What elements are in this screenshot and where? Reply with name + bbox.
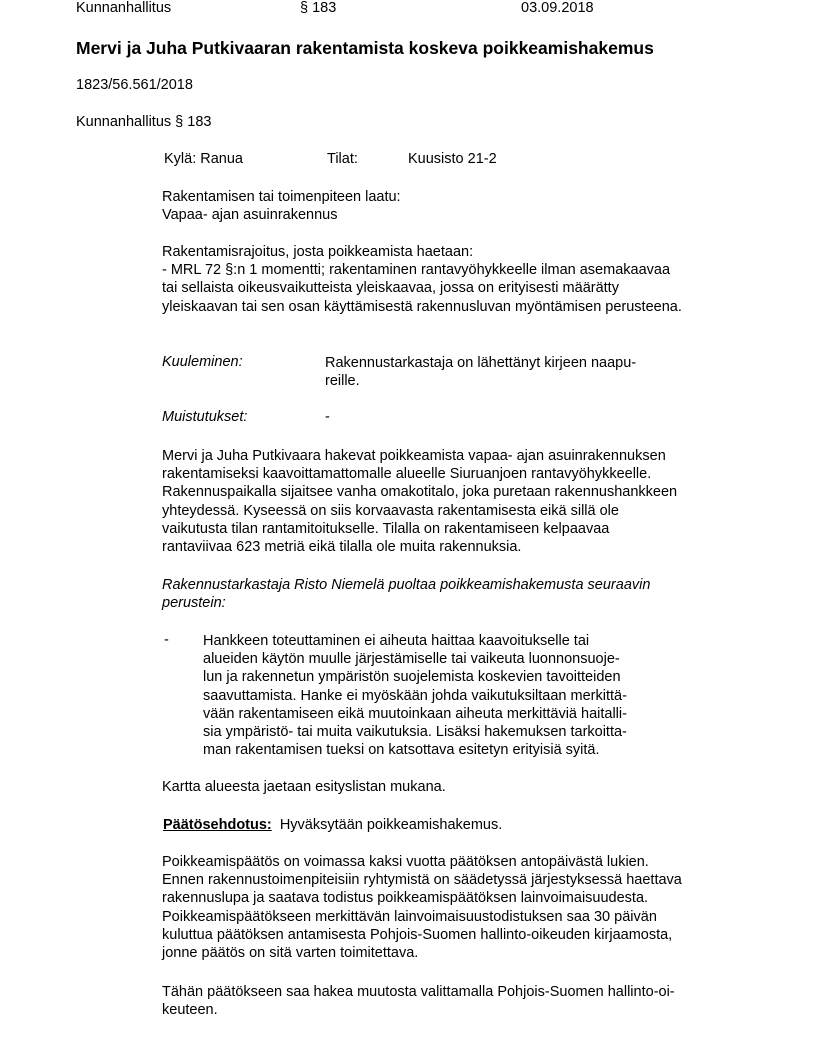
grounds: Hankkeen toteuttaminen ei aiheuta haitta…	[203, 632, 627, 759]
inspector-statement: Rakennustarkastaja Risto Niemelä puoltaa…	[162, 576, 650, 612]
grounds-line: Hankkeen toteuttaminen ei aiheuta haitta…	[203, 632, 627, 650]
construction-type: Rakentamisen tai toimenpiteen laatu: Vap…	[162, 188, 401, 224]
validity-line: Ennen rakennustoimenpiteisiin ryhtymistä…	[162, 871, 682, 889]
hearing-line: reille.	[325, 372, 636, 390]
description-line: Mervi ja Juha Putkivaara hakevat poikkea…	[162, 447, 677, 465]
hearing-line: Rakennustarkastaja on lähettänyt kirjeen…	[325, 354, 636, 372]
record-number: 1823/56.561/2018	[76, 77, 193, 93]
validity-line: kuluttua päätöksen antamisesta Pohjois-S…	[162, 926, 682, 944]
grounds-line: saavuttamista. Hanke ei myöskään johda v…	[203, 687, 627, 705]
grounds-line: vään rakentamiseen eikä muutoinkaan aihe…	[203, 705, 627, 723]
grounds-line: man rakentamisen tueksi on katsottava es…	[203, 741, 627, 759]
restriction-line: yleiskaavan tai sen osan käyttämisestä r…	[162, 298, 682, 316]
restriction-label: Rakentamisrajoitus, josta poikkeamista h…	[162, 243, 682, 261]
meeting-reference: Kunnanhallitus § 183	[76, 114, 211, 130]
restriction-line: - MRL 72 §:n 1 momentti; rakentaminen ra…	[162, 261, 682, 279]
proposal: Päätösehdotus: Hyväksytään poikkeamishak…	[163, 817, 502, 833]
description-line: rakentamiseksi kaavoittamattomalle aluee…	[162, 465, 677, 483]
description-line: yhteydessä. Kyseessä on siis korvaavasta…	[162, 502, 677, 520]
grounds-line: sia ympäristö- tai muita vaikutuksia. Li…	[203, 723, 627, 741]
appeal: Tähän päätökseen saa hakea muutosta vali…	[162, 983, 675, 1019]
estates-label: Tilat:	[327, 151, 358, 167]
description-line: vaikutusta tilan rantamitoitukselle. Til…	[162, 520, 677, 538]
grounds-line: alueiden käytön muulle järjestämiselle t…	[203, 650, 627, 668]
remarks-value: -	[325, 409, 330, 425]
hearing-label: Kuuleminen:	[162, 354, 243, 370]
inspector-line: Rakennustarkastaja Risto Niemelä puoltaa…	[162, 576, 650, 594]
validity-line: rakennuslupa ja saatava todistus poikkea…	[162, 889, 682, 907]
hearing-text: Rakennustarkastaja on lähettänyt kirjeen…	[325, 354, 636, 390]
header-date: 03.09.2018	[521, 0, 594, 16]
construction-type-label: Rakentamisen tai toimenpiteen laatu:	[162, 188, 401, 206]
village-label: Kylä: Ranua	[164, 151, 243, 167]
remarks-label: Muistutukset:	[162, 409, 247, 425]
validity-line: Poikkeamispäätös on voimassa kaksi vuott…	[162, 853, 682, 871]
validity-line: jonne päätös on sitä varten toimitettava…	[162, 944, 682, 962]
page-title: Mervi ja Juha Putkivaaran rakentamista k…	[76, 38, 654, 59]
estates-value: Kuusisto 21-2	[408, 151, 497, 167]
description-line: Rakennuspaikalla sijaitsee vanha omakoti…	[162, 483, 677, 501]
grounds-bullet: -	[164, 632, 169, 648]
restriction-line: tai sellaista oikeusvaikutteista yleiska…	[162, 279, 682, 297]
proposal-label: Päätösehdotus:	[163, 817, 272, 833]
inspector-line: perustein:	[162, 594, 650, 612]
appeal-line: keuteen.	[162, 1001, 675, 1019]
grounds-line: lun ja rakennetun ympäristön suojelemist…	[203, 668, 627, 686]
header-body: Kunnanhallitus	[76, 0, 171, 16]
construction-type-value: Vapaa- ajan asuinrakennus	[162, 206, 401, 224]
validity-line: Poikkeamispäätökseen merkittävän lainvoi…	[162, 908, 682, 926]
appeal-line: Tähän päätökseen saa hakea muutosta vali…	[162, 983, 675, 1001]
description: Mervi ja Juha Putkivaara hakevat poikkea…	[162, 447, 677, 556]
restriction: Rakentamisrajoitus, josta poikkeamista h…	[162, 243, 682, 316]
proposal-value: Hyväksytään poikkeamishakemus.	[280, 817, 502, 833]
map-note: Kartta alueesta jaetaan esityslistan muk…	[162, 779, 446, 795]
validity: Poikkeamispäätös on voimassa kaksi vuott…	[162, 853, 682, 962]
description-line: rantaviivaa 623 metriä eikä tilalla ole …	[162, 538, 677, 556]
header-section: § 183	[300, 0, 336, 16]
